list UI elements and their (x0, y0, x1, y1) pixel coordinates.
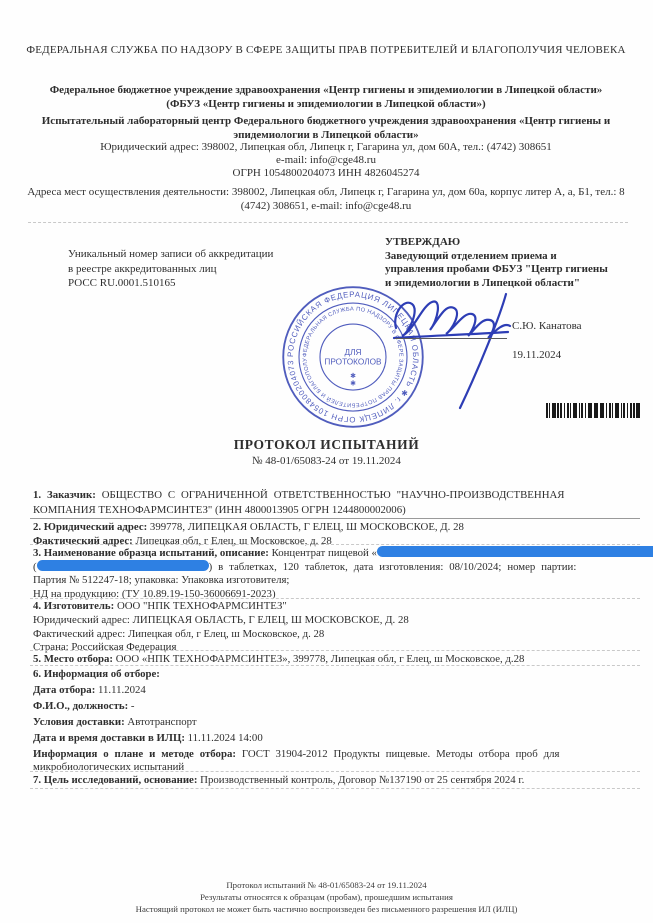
divider (30, 544, 640, 545)
field-fio: Ф.И.О., должность: - (33, 700, 640, 712)
divider (30, 788, 640, 789)
approval-line1: Заведующий отделением приема и (385, 250, 608, 264)
approval-date: 19.11.2024 (512, 349, 561, 361)
field-manufacturer-actual: Фактический адрес: Липецкая обл, г Елец,… (33, 628, 640, 640)
divider (30, 771, 640, 772)
field-purpose: 7. Цель исследований, основание: Произво… (33, 774, 640, 786)
approval-signer-name: С.Ю. Канатова (512, 320, 582, 332)
header-org-abbr: (ФБУЗ «Центр гигиены и эпидемиологии в Л… (26, 98, 626, 112)
accreditation-block: Уникальный номер записи об аккредитации … (68, 247, 273, 291)
field-sampling-method: Информация о плане и методе отбора: ГОСТ… (33, 748, 640, 760)
field-manufacturer-legal: Юридический адрес: ЛИПЕЦКАЯ ОБЛАСТЬ, Г Е… (33, 614, 640, 626)
field-sampling-place: 5. Место отбора: ООО «НПК ТЕХНОФАРМСИНТЕ… (33, 653, 640, 665)
header-ogrn-inn: ОГРН 1054800204073 ИНН 4826045274 (26, 167, 626, 181)
accreditation-line2: в реестре аккредитованных лиц (68, 262, 273, 277)
redaction-bar (37, 560, 209, 571)
signature-line (395, 338, 507, 339)
field-customer: 1. Заказчик: ОБЩЕСТВО С ОГРАНИЧЕННОЙ ОТВ… (33, 489, 640, 501)
footer-reproduction-note: Настоящий протокол не может быть частичн… (0, 903, 653, 915)
field-sampling-date: Дата отбора: 11.11.2024 (33, 684, 640, 696)
svg-text:✱: ✱ (350, 372, 356, 380)
divider (28, 222, 628, 223)
svg-text:✱: ✱ (350, 380, 356, 388)
divider (30, 650, 640, 651)
field-legal-address: 2. Юридический адрес: 399778, ЛИПЕЦКАЯ О… (33, 521, 640, 533)
accreditation-number: РОСС RU.0001.510165 (68, 276, 273, 291)
field-sample-name: 3. Наименование образца испытаний, описа… (33, 546, 640, 559)
document-number: № 48-01/65083-24 от 19.11.2024 (0, 455, 653, 467)
document-title: ПРОТОКОЛ ИСПЫТАНИЙ (0, 437, 653, 453)
redaction-bar (377, 546, 653, 557)
approval-title: УТВЕРЖДАЮ (385, 236, 608, 250)
header-org-full: Федеральное бюджетное учреждение здравоо… (26, 84, 626, 98)
footer-results-note: Результаты относятся к образцам (пробам)… (0, 891, 653, 903)
footer-protocol-ref: Протокол испытаний № 48-01/65083-24 от 1… (0, 879, 653, 891)
stamp-center-line2: ПРОТОКОЛОВ (324, 358, 382, 367)
scanned-protocol-page: ФЕДЕРАЛЬНАЯ СЛУЖБА ПО НАДЗОРУ В СФЕРЕ ЗА… (0, 0, 653, 923)
field-customer-line2: КОМПАНИЯ ТЕХНОФАРМСИНТЕЗ" (ИНН 480001390… (33, 504, 640, 516)
field-country: Страна: Российская Федерация (33, 641, 640, 653)
field-sample-name-line2: () в таблетках, 120 таблеток, дата изгот… (33, 560, 640, 573)
field-manufacturer: 4. Изготовитель: ООО "НПК ТЕХНОФАРМСИНТЕ… (33, 600, 640, 612)
barcode (546, 403, 640, 418)
field-delivery-datetime: Дата и время доставки в ИЛЦ: 11.11.2024 … (33, 732, 640, 744)
divider (30, 665, 640, 666)
field-delivery: Условия доставки: Автотранспорт (33, 716, 640, 728)
approval-line2: управления пробами ФБУЗ "Центр гигиены (385, 263, 608, 277)
accreditation-line1: Уникальный номер записи об аккредитации (68, 247, 273, 262)
divider (30, 598, 640, 599)
header-email: e-mail: info@cge48.ru (26, 154, 626, 168)
field-sampling-info-header: 6. Информация об отборе: (33, 668, 640, 680)
divider (30, 518, 640, 519)
header-activity-address: Адреса мест осуществления деятельности: … (26, 186, 626, 213)
field-batch: Партия № 512247-18; упаковка: Упаковка и… (33, 574, 640, 586)
stamp-center-line1: ДЛЯ (345, 348, 362, 357)
header-legal-address: Юридический адрес: 398002, Липецкая обл,… (26, 141, 626, 155)
header-lab: Испытательный лабораторный центр Федерал… (26, 115, 626, 142)
header-agency: ФЕДЕРАЛЬНАЯ СЛУЖБА ПО НАДЗОРУ В СФЕРЕ ЗА… (26, 44, 626, 57)
